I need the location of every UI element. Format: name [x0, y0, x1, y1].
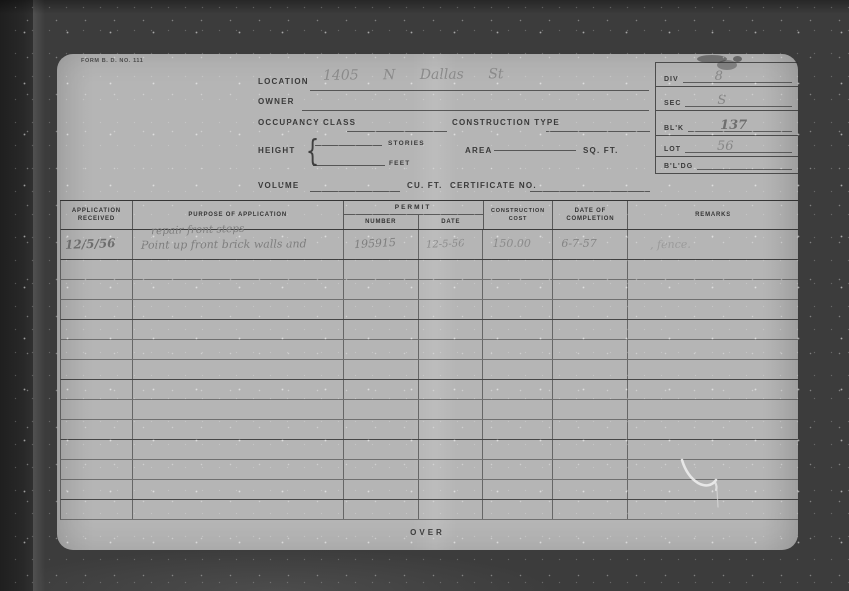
owner-line	[302, 99, 649, 111]
table-row	[60, 340, 798, 360]
table-cell	[419, 340, 484, 359]
volume-line	[310, 181, 400, 192]
table-cell	[344, 380, 419, 399]
table-cell	[133, 380, 344, 399]
table-cell	[419, 400, 484, 419]
table-cell	[61, 480, 133, 499]
table-cell	[133, 300, 344, 319]
table-cell	[628, 340, 798, 359]
table-row	[60, 260, 798, 280]
bldg-line	[697, 159, 792, 170]
table-cell	[553, 280, 628, 299]
parcel-row-blk: BL'K 137	[656, 111, 798, 137]
table-cell	[133, 260, 344, 279]
blk-value: 137	[720, 121, 747, 131]
header-line: APPLICATION	[72, 207, 121, 215]
table-cell	[483, 320, 553, 339]
film-scratch-mark	[672, 452, 728, 512]
cu-ft-label: CU. FT.	[407, 181, 443, 190]
table-cell	[419, 380, 484, 399]
table-cell	[61, 380, 133, 399]
film-bottom-glow	[40, 548, 560, 591]
table-cell	[133, 500, 344, 519]
table-cell	[483, 380, 553, 399]
table-cell	[628, 280, 798, 299]
table-cell	[483, 440, 553, 459]
header-date-of-completion: DATE OF COMPLETION	[553, 201, 628, 229]
table-cell	[483, 480, 553, 499]
table-cell	[553, 420, 628, 439]
table-row-record: 12/5/56 repair front steps Point up fron…	[60, 230, 798, 260]
blk-line: 137	[688, 121, 792, 132]
table-cell	[483, 460, 553, 479]
table-cell	[344, 500, 419, 519]
header-remarks: REMARKS	[628, 201, 798, 229]
sec-label: SEC	[664, 100, 681, 107]
table-cell	[61, 340, 133, 359]
lot-value: 56	[717, 142, 734, 152]
cell-date-of-completion: 6-7-57	[553, 230, 628, 259]
table-cell	[61, 360, 133, 379]
sec-value: S	[717, 96, 726, 106]
table-cell	[553, 440, 628, 459]
certificate-no-label: CERTIFICATE NO.	[450, 181, 537, 190]
permit-date-value: 12-5-56	[425, 238, 464, 250]
table-cell	[628, 260, 798, 279]
lot-label: LOT	[664, 146, 681, 153]
table-cell	[344, 440, 419, 459]
header-permit-number: NUMBER	[344, 215, 418, 229]
table-cell	[133, 320, 344, 339]
table-row	[60, 400, 798, 420]
header-line: CONSTRUCTION	[491, 207, 545, 215]
header-permit-sub: NUMBER DATE	[344, 215, 483, 229]
table-cell	[61, 300, 133, 319]
table-cell	[483, 280, 553, 299]
feet-line	[313, 155, 385, 166]
table-cell	[419, 500, 484, 519]
table-cell	[628, 360, 798, 379]
film-edge-streak	[33, 0, 45, 591]
blk-label: BL'K	[664, 125, 684, 132]
bldg-label: B'L'DG	[664, 163, 693, 170]
table-cell	[419, 480, 484, 499]
table-cell	[133, 340, 344, 359]
application-received-value: 12/5/56	[65, 236, 116, 252]
table-cell	[553, 340, 628, 359]
table-cell	[344, 480, 419, 499]
parcel-row-bldg: B'L'DG	[656, 157, 798, 173]
table-cell	[133, 360, 344, 379]
table-cell	[628, 420, 798, 439]
form-number-label: FORM B. D. NO. 111	[81, 58, 143, 64]
table-row	[60, 420, 798, 440]
certificate-no-line	[530, 181, 650, 192]
table-cell	[419, 420, 484, 439]
table-cell	[419, 460, 484, 479]
cell-remarks: , fence.	[628, 230, 798, 259]
table-cell	[419, 320, 484, 339]
construction-type-line	[546, 120, 650, 132]
table-row	[60, 320, 798, 340]
microfilm-scan: FORM B. D. NO. 111 LOCATION 1405 N Dalla…	[0, 0, 849, 591]
table-cell	[344, 340, 419, 359]
table-cell	[628, 300, 798, 319]
area-label: AREA	[465, 146, 492, 155]
permit-number-value: 195915	[353, 236, 396, 251]
table-row	[60, 280, 798, 300]
table-cell	[61, 320, 133, 339]
lot-line: 56	[685, 142, 792, 153]
table-cell	[483, 400, 553, 419]
header-line: COMPLETION	[566, 215, 614, 223]
header-permit-date: DATE	[418, 215, 483, 229]
table-row	[60, 360, 798, 380]
table-cell	[483, 360, 553, 379]
table-cell	[344, 420, 419, 439]
table-cell	[553, 380, 628, 399]
volume-label: VOLUME	[258, 181, 299, 190]
header-line: REMARKS	[695, 211, 731, 219]
table-cell	[133, 460, 344, 479]
div-value: 8	[715, 72, 723, 82]
div-line: 8	[683, 72, 792, 83]
film-edge-top	[0, 0, 849, 14]
table-cell	[61, 500, 133, 519]
header-line: COST	[509, 215, 527, 223]
table-cell	[344, 320, 419, 339]
table-cell	[344, 400, 419, 419]
location-value: 1405 N Dallas St	[323, 66, 504, 84]
table-cell	[483, 340, 553, 359]
location-label: LOCATION	[258, 77, 309, 86]
over-label: OVER	[57, 528, 798, 537]
header-permit-group: PERMIT NUMBER DATE	[344, 201, 484, 229]
table-cell	[61, 440, 133, 459]
header-application-received: APPLICATION RECEIVED	[61, 201, 133, 229]
table-cell	[483, 260, 553, 279]
table-cell	[133, 280, 344, 299]
table-cell	[553, 500, 628, 519]
table-cell	[344, 460, 419, 479]
cell-permit-date: 12-5-56	[419, 230, 484, 259]
parcel-row-lot: LOT 56	[656, 136, 798, 157]
remarks-value: , fence.	[650, 238, 691, 252]
sec-line: S	[685, 96, 792, 107]
table-cell	[553, 480, 628, 499]
table-cell	[553, 300, 628, 319]
table-cell	[553, 360, 628, 379]
table-cell	[419, 260, 484, 279]
table-cell	[61, 460, 133, 479]
sq-ft-label: SQ. FT.	[583, 146, 619, 155]
table-cell	[133, 400, 344, 419]
construction-type-label: CONSTRUCTION TYPE	[452, 118, 560, 127]
feet-label: FEET	[389, 160, 410, 167]
occupancy-class-line	[347, 120, 447, 132]
table-cell	[419, 440, 484, 459]
table-cell	[344, 280, 419, 299]
table-cell	[553, 400, 628, 419]
table-cell	[628, 320, 798, 339]
construction-cost-value: 150.00	[492, 237, 531, 250]
table-cell	[483, 420, 553, 439]
table-cell	[419, 280, 484, 299]
stories-label: STORIES	[388, 140, 425, 147]
table-cell	[553, 260, 628, 279]
stories-line	[315, 135, 382, 146]
table-cell	[553, 460, 628, 479]
table-cell	[61, 400, 133, 419]
parcel-info-box: DIV 8 SEC S BL'K 137 LOT 56	[655, 62, 798, 174]
date-of-completion-value: 6-7-57	[561, 237, 596, 250]
cell-application-received: 12/5/56	[61, 230, 133, 259]
table-cell	[133, 440, 344, 459]
cell-purpose: repair front steps Point up front brick …	[133, 230, 344, 259]
header-line: PURPOSE OF APPLICATION	[188, 211, 287, 219]
table-cell	[133, 480, 344, 499]
area-line	[494, 139, 576, 151]
height-label: HEIGHT	[258, 146, 295, 155]
table-row	[60, 380, 798, 400]
purpose-line2: Point up front brick walls and	[141, 237, 307, 251]
table-cell	[553, 320, 628, 339]
table-cell	[419, 300, 484, 319]
purpose-line1: repair front steps	[151, 223, 245, 237]
cell-permit-number: 195915	[344, 230, 419, 259]
header-permit: PERMIT	[344, 201, 483, 215]
parcel-row-sec: SEC S	[656, 87, 798, 111]
table-cell	[61, 280, 133, 299]
table-row	[60, 300, 798, 320]
table-cell	[628, 400, 798, 419]
div-label: DIV	[664, 76, 679, 83]
cell-construction-cost: 150.00	[483, 230, 553, 259]
table-cell	[344, 360, 419, 379]
table-cell	[61, 420, 133, 439]
table-cell	[419, 360, 484, 379]
table-cell	[483, 500, 553, 519]
table-cell	[61, 260, 133, 279]
table-cell	[628, 380, 798, 399]
table-cell	[133, 420, 344, 439]
parcel-row-div: DIV 8	[656, 63, 798, 87]
table-cell	[344, 260, 419, 279]
header-construction-cost: CONSTRUCTION COST	[484, 201, 554, 229]
header-line: DATE OF	[575, 207, 607, 215]
film-edge-left	[0, 0, 33, 591]
table-cell	[483, 300, 553, 319]
owner-label: OWNER	[258, 97, 295, 106]
table-cell	[344, 300, 419, 319]
occupancy-class-label: OCCUPANCY CLASS	[258, 118, 356, 127]
header-line: RECEIVED	[78, 215, 115, 223]
